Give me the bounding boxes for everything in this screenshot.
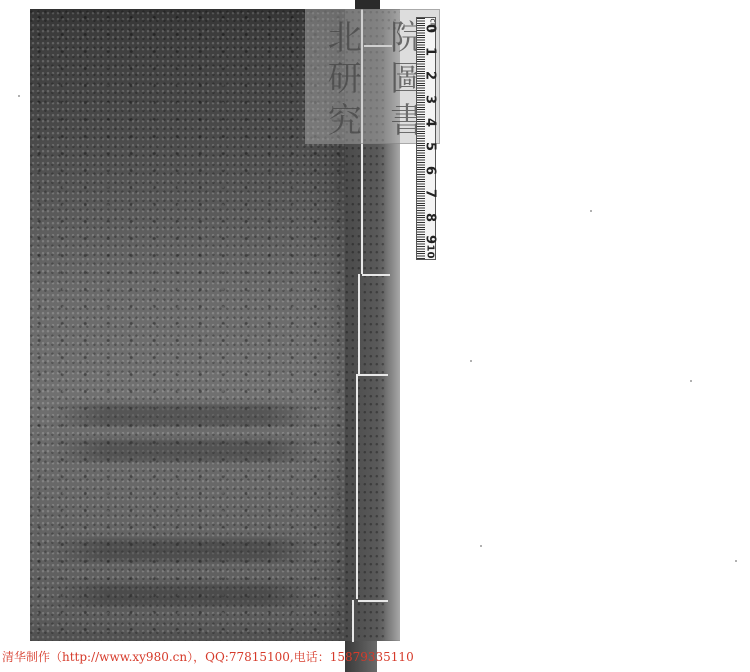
ruler-label: 1 [423,45,438,59]
dust-speck [590,210,592,212]
binding-thread [356,374,358,599]
seal-character: 研 [321,60,361,92]
seal-character: 究 [321,102,361,134]
ruler-label: 10 [425,245,436,259]
scanned-page: 院 圖 書 北 研 究 cm 0 1 2 3 4 5 6 7 8 9 10 清华… [0,0,750,672]
ruler-label: 3 [423,93,438,107]
ruler-label: 8 [423,211,438,225]
seal-character: 北 [321,19,361,51]
ruler-label: 0 [423,22,438,36]
dust-speck [735,560,737,562]
dust-speck [690,380,692,382]
ruler-label: 5 [423,140,438,154]
binding-stitch [358,374,388,376]
binding-stitch [358,600,388,602]
faded-cover-text [50,584,320,606]
binding-tab-top [355,0,380,9]
ruler-label: 6 [423,164,438,178]
binding-thread [352,600,354,642]
faded-cover-text [50,439,320,461]
dust-speck [480,545,482,547]
dust-speck [18,95,20,97]
ruler-label: 4 [423,116,438,130]
dust-speck [470,360,472,362]
watermark-text: 清华制作（http://www.xy980.cn），QQ:77815100,电话… [2,648,414,665]
ruler-label: 7 [423,187,438,201]
faded-cover-text [50,404,320,426]
faded-cover-text [50,539,320,561]
ruler-label: 2 [423,69,438,83]
measurement-ruler-icon: cm 0 1 2 3 4 5 6 7 8 9 10 [416,17,436,260]
binding-thread [358,274,360,374]
binding-stitch [362,274,390,276]
